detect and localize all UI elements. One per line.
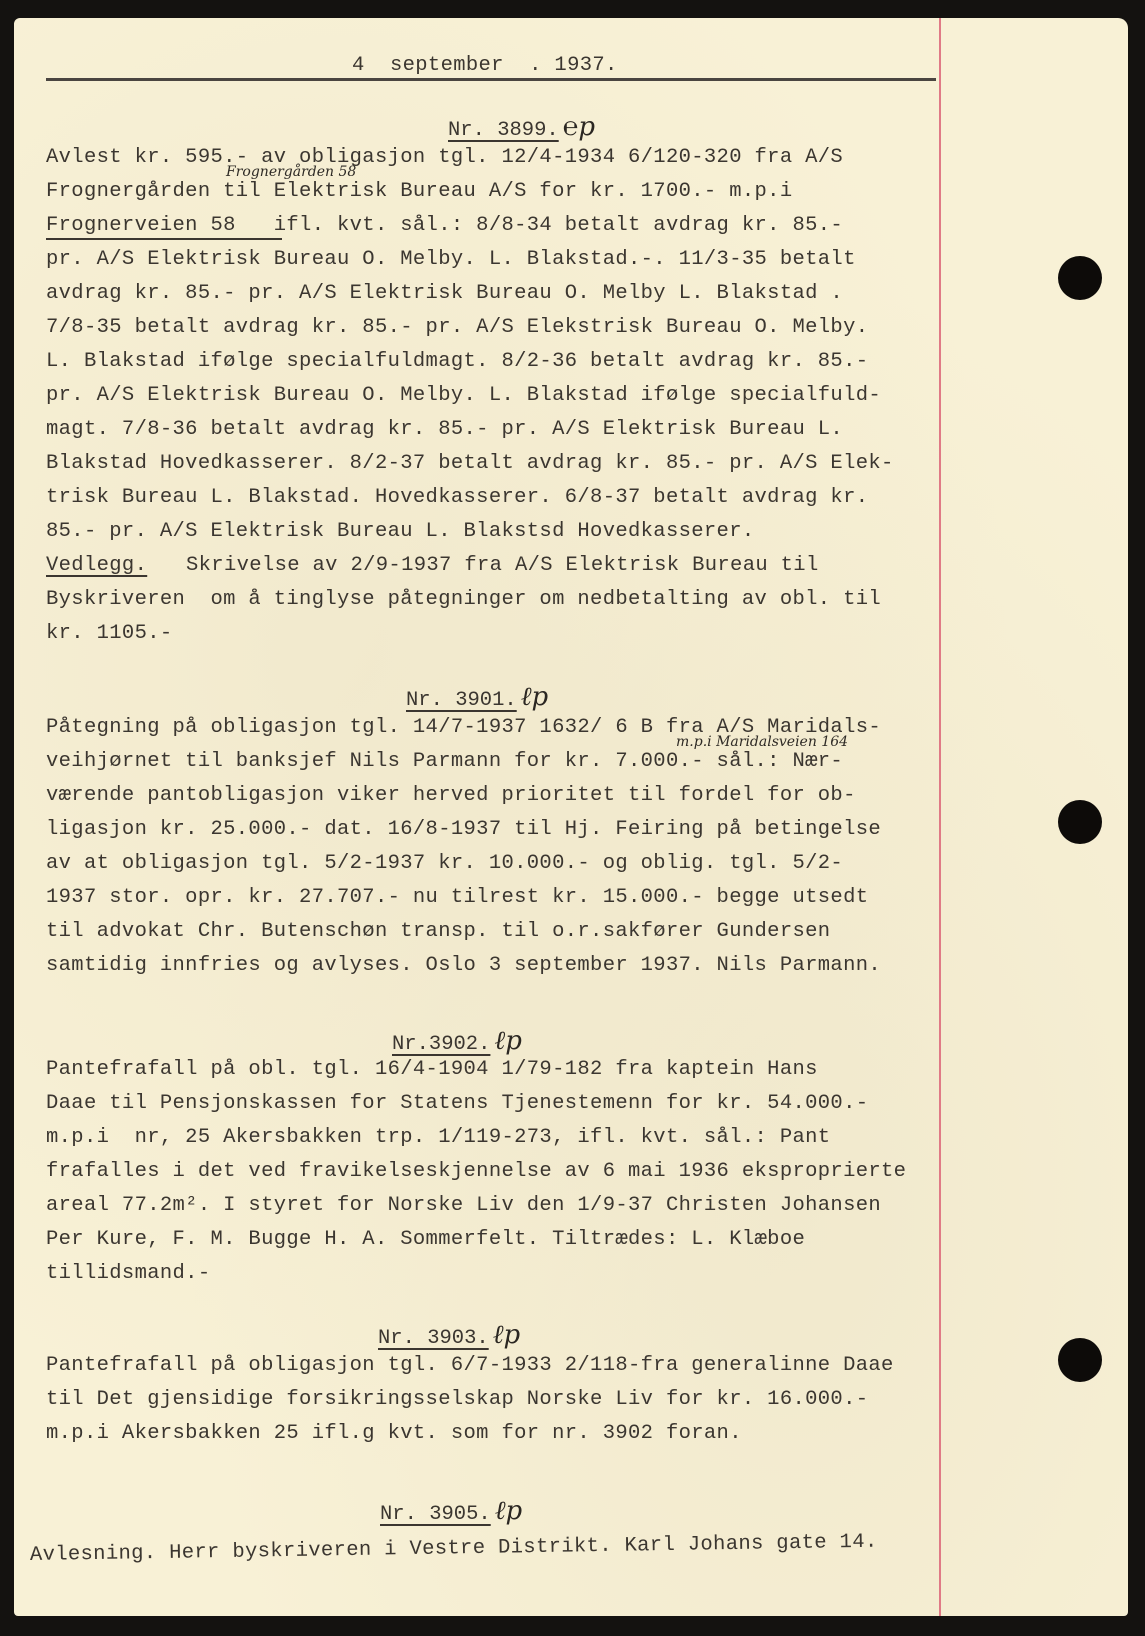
entry-number: Nr.3902.: [392, 1033, 490, 1056]
entry-line: Blakstad Hovedkasserer. 8/2-37 betalt av…: [46, 454, 894, 475]
entry-line: L. Blakstad ifølge specialfuldmagt. 8/2-…: [46, 352, 868, 373]
entry-line: 7/8-35 betalt avdrag kr. 85.- pr. A/S El…: [46, 318, 868, 339]
entry-line: Daae til Pensjonskassen for Statens Tjen…: [46, 1094, 868, 1115]
entry-line: Frognerveien 58 ifl. kvt. sål.: 8/8-34 b…: [46, 216, 843, 237]
entry-line: Byskriveren om å tinglyse påtegninger om…: [46, 590, 881, 611]
entry-line: Pantefrafall på obligasjon tgl. 6/7-1933…: [46, 1356, 894, 1377]
handwritten-initials: ℓp: [493, 1320, 520, 1350]
entry-number: Nr. 3901.: [406, 689, 517, 712]
entry-line: m.p.i Akersbakken 25 ifl.g kvt. som for …: [46, 1424, 742, 1445]
entry-line: kr. 1105.-: [46, 624, 173, 645]
entry-number: Nr. 3899.: [448, 119, 559, 142]
entry-line: magt. 7/8-36 betalt avdrag kr. 85.- pr. …: [46, 420, 843, 441]
entry-line: areal 77.2m². I styret for Norske Liv de…: [46, 1196, 881, 1217]
handwritten-initials: ℓp: [494, 1026, 521, 1056]
entry-line: samtidig innfries og avlyses. Oslo 3 sep…: [46, 956, 881, 977]
red-margin-line: [939, 18, 941, 1616]
entry-title-3905: Nr. 3905.ℓp: [380, 1496, 522, 1526]
entry-line: til advokat Chr. Butenschøn transp. til …: [46, 922, 830, 943]
handwritten-initials: ℓp: [521, 682, 548, 712]
header-rule: [46, 78, 936, 81]
entry-line: av at obligasjon tgl. 5/2-1937 kr. 10.00…: [46, 854, 843, 875]
handwritten-initials: ℓp: [495, 1496, 522, 1526]
entry-line: ligasjon kr. 25.000.- dat. 16/8-1937 til…: [46, 820, 881, 841]
punch-hole-icon: [1058, 1338, 1102, 1382]
entry-line: m.p.i nr, 25 Akersbakken trp. 1/119-273,…: [46, 1128, 830, 1149]
entry-line: frafalles i det ved fravikelseskjennelse…: [46, 1162, 906, 1183]
entry-number: Nr. 3903.: [378, 1327, 489, 1350]
handwritten-initials: ℮p: [563, 112, 595, 142]
punch-hole-icon: [1058, 800, 1102, 844]
entry-line: 85.- pr. A/S Elektrisk Bureau L. Blaksts…: [46, 522, 755, 543]
header-date: 4 september . 1937.: [352, 56, 618, 77]
entry-title-3903: Nr. 3903.ℓp: [378, 1320, 520, 1350]
entry-line: Frognergården til Elektrisk Bureau A/S f…: [46, 182, 792, 203]
entry-title-3899: Nr. 3899.℮p: [448, 112, 595, 142]
entry-line: 1937 stor. opr. kr. 27.707.- nu tilrest …: [46, 888, 868, 909]
entry-line: Skrivelse av 2/9-1937 fra A/S Elektrisk …: [186, 556, 819, 577]
entry-line: pr. A/S Elektrisk Bureau O. Melby. L. Bl…: [46, 386, 881, 407]
entry-line: Påtegning på obligasjon tgl. 14/7-1937 1…: [46, 718, 881, 739]
entry-title-3902: Nr.3902.ℓp: [392, 1026, 522, 1056]
entry-line: tillidsmand.-: [46, 1264, 210, 1285]
entry-line: veihjørnet til banksjef Nils Parmann for…: [46, 752, 843, 773]
underline-frognerveien: [46, 238, 282, 240]
entry-line: Pantefrafall på obl. tgl. 16/4-1904 1/79…: [46, 1060, 818, 1081]
attachment-label: Vedlegg.: [46, 556, 147, 577]
entry-title-3901: Nr. 3901.ℓp: [406, 682, 548, 712]
entry-line: pr. A/S Elektrisk Bureau O. Melby. L. Bl…: [46, 250, 856, 271]
entry-line: værende pantobligasjon viker herved prio…: [46, 786, 856, 807]
punch-hole-icon: [1058, 256, 1102, 300]
entry-line: trisk Bureau L. Blakstad. Hovedkasserer.…: [46, 488, 868, 509]
entry-line: avdrag kr. 85.- pr. A/S Elektrisk Bureau…: [46, 284, 843, 305]
entry-number: Nr. 3905.: [380, 1503, 491, 1526]
entry-line: Avlest kr. 595.- av obligasjon tgl. 12/4…: [46, 148, 843, 169]
entry-line: Per Kure, F. M. Bugge H. A. Sommerfelt. …: [46, 1230, 805, 1251]
entry-line: til Det gjensidige forsikringsselskap No…: [46, 1390, 868, 1411]
